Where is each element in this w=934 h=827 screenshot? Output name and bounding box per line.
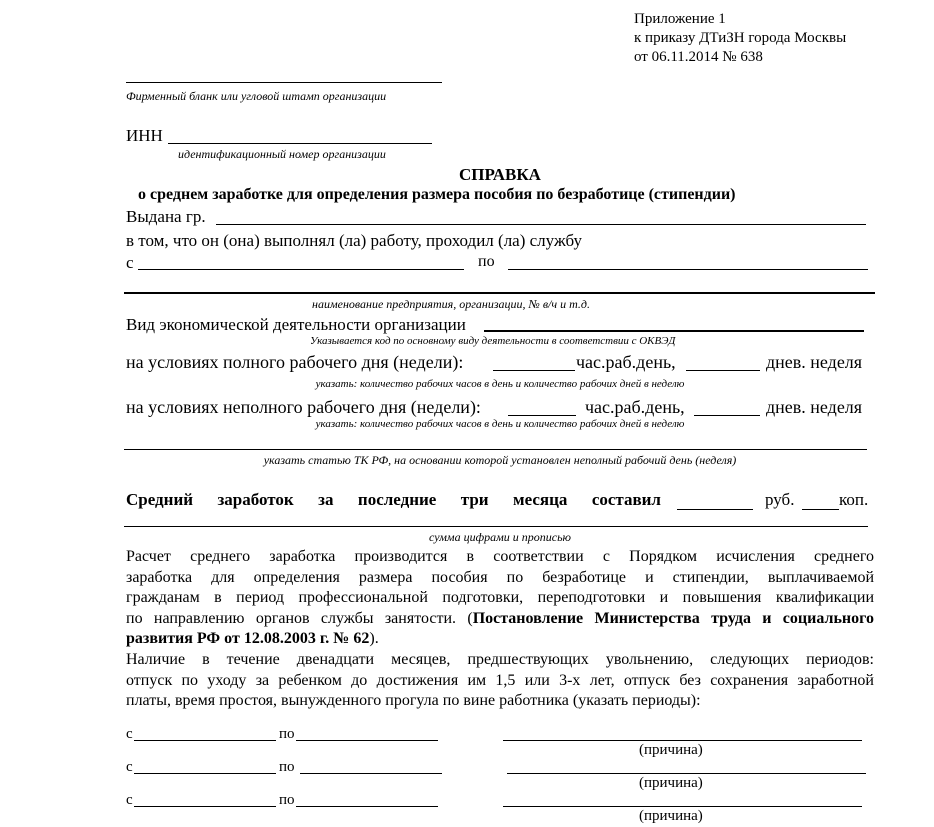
document-subtitle: о среднем заработке для определения разм… bbox=[138, 186, 736, 204]
part-time-days-field[interactable] bbox=[694, 415, 760, 416]
part-time-days-label: днев. неделя bbox=[766, 397, 862, 418]
rub-label: руб. bbox=[765, 490, 794, 510]
letterhead-field[interactable] bbox=[126, 82, 442, 83]
period-to-label: по bbox=[279, 759, 295, 776]
paragraph-text: по направлению органов службы занятости.… bbox=[126, 610, 473, 627]
full-time-days-field[interactable] bbox=[686, 370, 760, 371]
period-to-field[interactable] bbox=[296, 740, 438, 741]
average-earnings-label: Средний заработок за последние три месяц… bbox=[126, 490, 661, 510]
appendix-date: от 06.11.2014 № 638 bbox=[634, 48, 846, 67]
period-from-field[interactable] bbox=[134, 740, 276, 741]
appendix-number: Приложение 1 bbox=[634, 10, 846, 29]
reason-caption: (причина) bbox=[639, 742, 703, 759]
service-from-field[interactable] bbox=[138, 269, 464, 270]
issued-name-field[interactable] bbox=[216, 224, 866, 225]
service-text: в том, что он (она) выполнял (ла) работу… bbox=[126, 231, 582, 251]
inn-caption: идентификационный номер организации bbox=[178, 147, 386, 162]
activity-caption: Указывается код по основному виду деятел… bbox=[310, 335, 675, 347]
paragraph-line: заработка для определения размера пособи… bbox=[126, 568, 874, 589]
document-title: СПРАВКА bbox=[126, 165, 874, 185]
full-time-label: на условиях полного рабочего дня (недели… bbox=[126, 352, 463, 373]
period-to-label: по bbox=[279, 726, 295, 743]
organization-caption: наименование предприятия, организации, №… bbox=[312, 297, 590, 312]
service-to-label: по bbox=[478, 253, 495, 271]
appendix-order: к приказу ДТиЗН города Москвы bbox=[634, 29, 846, 48]
letterhead-caption: Фирменный бланк или угловой штамп органи… bbox=[126, 89, 386, 104]
appendix-header: Приложение 1 к приказу ДТиЗН города Моск… bbox=[634, 10, 846, 67]
average-sum-words-field[interactable] bbox=[124, 526, 868, 527]
paragraph-line: Расчет среднего заработка производится в… bbox=[126, 547, 874, 568]
regulation-reference: развития РФ от 12.08.2003 г. № 62 bbox=[126, 630, 369, 647]
labor-code-article-caption: указать статью ТК РФ, на основании котор… bbox=[126, 453, 874, 468]
service-to-field[interactable] bbox=[508, 269, 868, 270]
avg-word: Средний bbox=[126, 490, 193, 510]
full-time-hours-field[interactable] bbox=[493, 370, 575, 371]
avg-word: месяца bbox=[513, 490, 567, 510]
issued-label: Выдана гр. bbox=[126, 207, 206, 227]
period-to-field[interactable] bbox=[296, 806, 438, 807]
average-kop-field[interactable] bbox=[802, 509, 839, 510]
labor-code-article-field[interactable] bbox=[124, 449, 867, 450]
activity-code-field[interactable] bbox=[484, 330, 864, 332]
period-reason-field[interactable] bbox=[503, 740, 862, 741]
full-time-days-label: днев. неделя bbox=[766, 352, 862, 373]
period-from-field[interactable] bbox=[134, 806, 276, 807]
period-from-label: с bbox=[126, 792, 133, 809]
reason-caption: (причина) bbox=[639, 808, 703, 825]
average-rub-field[interactable] bbox=[677, 509, 753, 510]
part-time-hours-field[interactable] bbox=[508, 415, 576, 416]
average-sum-caption: сумма цифрами и прописью bbox=[126, 530, 874, 545]
full-time-caption: указать: количество рабочих часов в день… bbox=[126, 378, 874, 390]
paragraph-line: отпуск по уходу за ребенком до достижени… bbox=[126, 671, 874, 692]
period-from-label: с bbox=[126, 726, 133, 743]
avg-word: последние bbox=[358, 490, 436, 510]
avg-word: три bbox=[461, 490, 489, 510]
periods-paragraph: Наличие в течение двенадцати месяцев, пр… bbox=[126, 650, 874, 712]
regulation-reference: Постановление Министерства труда и социа… bbox=[473, 610, 874, 627]
organization-name-field[interactable] bbox=[124, 292, 875, 294]
inn-field[interactable] bbox=[168, 143, 432, 144]
paragraph-line: Наличие в течение двенадцати месяцев, пр… bbox=[126, 650, 874, 671]
period-reason-field[interactable] bbox=[507, 773, 866, 774]
full-time-hours-label: час.раб.день, bbox=[576, 352, 676, 373]
period-from-field[interactable] bbox=[134, 773, 276, 774]
service-from-label: с bbox=[126, 253, 134, 273]
paragraph-line: развития РФ от 12.08.2003 г. № 62). bbox=[126, 629, 874, 650]
paragraph-text: ). bbox=[369, 630, 378, 647]
paragraph-line: гражданам в период профессиональной подг… bbox=[126, 588, 874, 609]
kop-label: коп. bbox=[839, 490, 868, 510]
period-to-field[interactable] bbox=[300, 773, 442, 774]
period-from-label: с bbox=[126, 759, 133, 776]
calculation-paragraph: Расчет среднего заработка производится в… bbox=[126, 547, 874, 650]
avg-word: заработок bbox=[217, 490, 293, 510]
part-time-label: на условиях неполного рабочего дня (неде… bbox=[126, 397, 481, 418]
paragraph-line: по направлению органов службы занятости.… bbox=[126, 609, 874, 630]
inn-label: ИНН bbox=[126, 126, 163, 146]
part-time-hours-label: час.раб.день, bbox=[585, 397, 685, 418]
avg-word: составил bbox=[592, 490, 661, 510]
period-reason-field[interactable] bbox=[503, 806, 862, 807]
avg-word: за bbox=[318, 490, 333, 510]
reason-caption: (причина) bbox=[639, 775, 703, 792]
period-to-label: по bbox=[279, 792, 295, 809]
paragraph-line: платы, время простоя, вынужденного прогу… bbox=[126, 691, 874, 712]
part-time-caption: указать: количество рабочих часов в день… bbox=[126, 418, 874, 430]
activity-label: Вид экономической деятельности организац… bbox=[126, 315, 466, 335]
